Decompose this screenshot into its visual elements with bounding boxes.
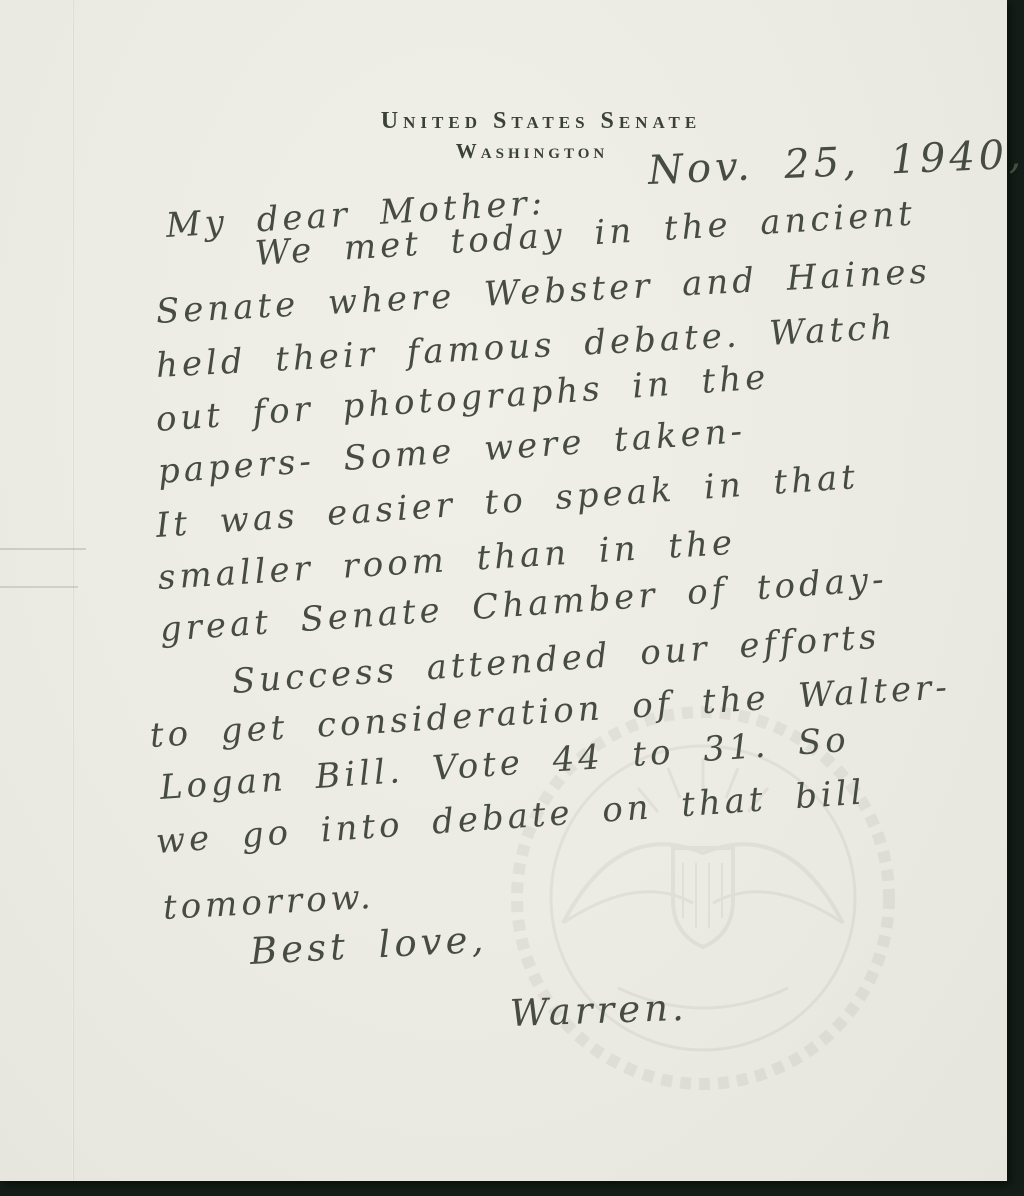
- letter-closing: Best love,: [249, 918, 488, 973]
- fold-crease-horizontal-upper: [0, 548, 86, 550]
- letter-signature: Warren.: [509, 986, 688, 1035]
- fold-crease-horizontal-lower: [0, 586, 78, 588]
- letterhead-location: Washington: [456, 139, 608, 164]
- letter-date: Nov. 25, 1940,: [647, 132, 1024, 194]
- letterhead-organization: United States Senate: [381, 108, 701, 135]
- scanned-letter: United States Senate Washington Nov. 25,…: [0, 0, 1024, 1196]
- letter-paper: United States Senate Washington Nov. 25,…: [0, 0, 1007, 1181]
- fold-crease-vertical: [72, 0, 74, 1181]
- body-line: tomorrow.: [162, 877, 376, 928]
